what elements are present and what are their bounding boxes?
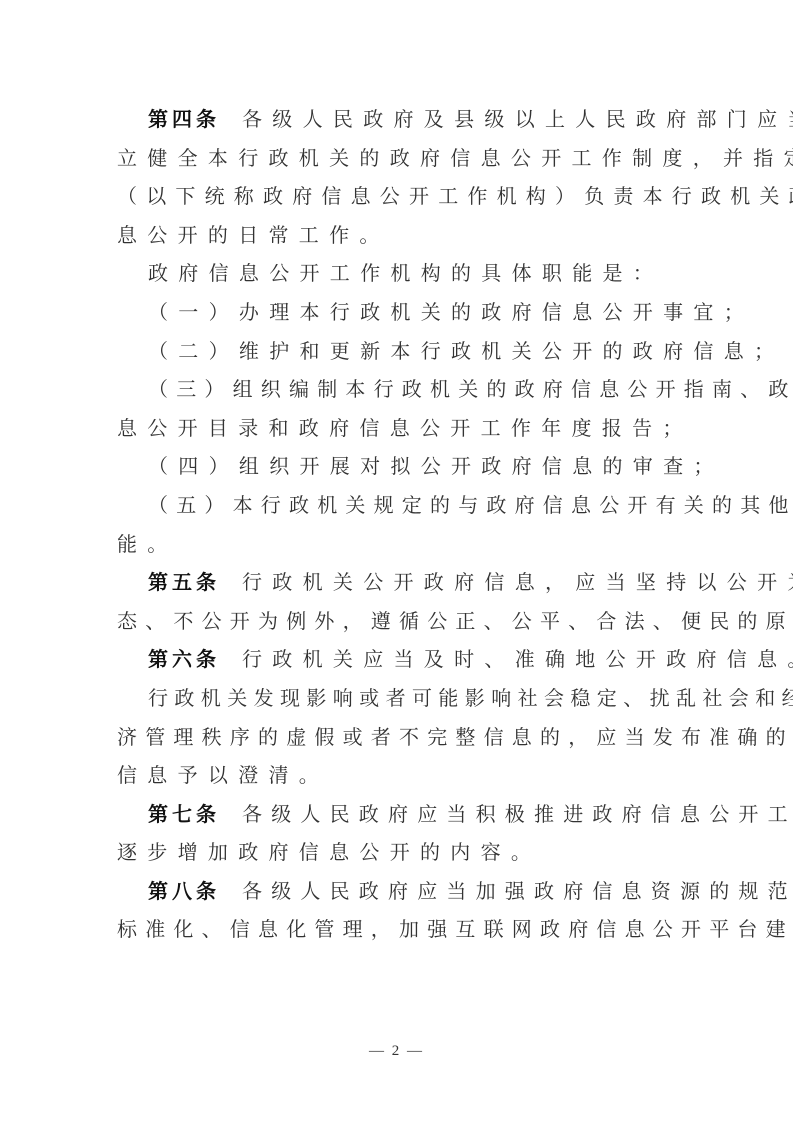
line-text: 标准化、信息化管理，加强互联网政府信息公开平台建设， bbox=[117, 917, 793, 941]
line-text: 态、不公开为例外，遵循公正、公平、合法、便民的原则。 bbox=[117, 609, 793, 633]
article-8-line-2: 标准化、信息化管理，加强互联网政府信息公开平台建设， bbox=[117, 910, 677, 949]
duty-item-1: （一）办理本行政机关的政府信息公开事宜； bbox=[117, 293, 677, 332]
line-text: 信息予以澄清。 bbox=[117, 763, 329, 787]
duty-item-5-line-2: 能。 bbox=[117, 525, 677, 564]
page-number: — 2 — bbox=[0, 1043, 793, 1060]
line-text: 行政机关应当及时、准确地公开政府信息。 bbox=[242, 647, 793, 671]
line-text: 各级人民政府应当积极推进政府信息公开工作， bbox=[242, 802, 793, 826]
duty-item-2: （二）维护和更新本行政机关公开的政府信息； bbox=[117, 332, 677, 371]
article-7-line-1: 第七条各级人民政府应当积极推进政府信息公开工作， bbox=[117, 795, 677, 834]
line-text: （四）组织开展对拟公开政府信息的审查； bbox=[148, 454, 724, 478]
line-text: 各级人民政府应当加强政府信息资源的规范化、 bbox=[242, 879, 793, 903]
line-text: 逐步增加政府信息公开的内容。 bbox=[117, 840, 541, 864]
article-4-line-2: 立健全本行政机关的政府信息公开工作制度，并指定机构 bbox=[117, 139, 677, 178]
duty-item-5-line-1: （五）本行政机关规定的与政府信息公开有关的其他职 bbox=[117, 486, 677, 525]
line-text: （三）组织编制本行政机关的政府信息公开指南、政府信 bbox=[148, 377, 793, 401]
article-6-para-2-line-1: 行政机关发现影响或者可能影响社会稳定、扰乱社会和经 bbox=[117, 679, 677, 718]
duty-item-3-line-1: （三）组织编制本行政机关的政府信息公开指南、政府信 bbox=[117, 370, 677, 409]
article-7-line-2: 逐步增加政府信息公开的内容。 bbox=[117, 833, 677, 872]
line-text: 息公开目录和政府信息公开工作年度报告； bbox=[117, 416, 693, 440]
line-text: 各级人民政府及县级以上人民政府部门应当建 bbox=[242, 107, 793, 131]
article-number: 第四条 bbox=[148, 107, 220, 131]
article-6-para-2-line-2: 济管理秩序的虚假或者不完整信息的，应当发布准确的政府 bbox=[117, 718, 677, 757]
article-8-line-1: 第八条各级人民政府应当加强政府信息资源的规范化、 bbox=[117, 872, 677, 911]
line-text: （五）本行政机关规定的与政府信息公开有关的其他职 bbox=[148, 493, 793, 517]
article-4-line-1: 第四条各级人民政府及县级以上人民政府部门应当建 bbox=[117, 100, 677, 139]
article-4-line-4: 息公开的日常工作。 bbox=[117, 216, 677, 255]
article-number: 第六条 bbox=[148, 647, 220, 671]
article-number: 第七条 bbox=[148, 802, 220, 826]
article-5-line-2: 态、不公开为例外，遵循公正、公平、合法、便民的原则。 bbox=[117, 602, 677, 641]
line-text: 立健全本行政机关的政府信息公开工作制度，并指定机构 bbox=[117, 146, 793, 170]
line-text: （一）办理本行政机关的政府信息公开事宜； bbox=[148, 300, 754, 324]
article-4-line-3: （以下统称政府信息公开工作机构）负责本行政机关政府信 bbox=[117, 177, 677, 216]
article-6-line-1: 第六条行政机关应当及时、准确地公开政府信息。 bbox=[117, 640, 677, 679]
article-5-line-1: 第五条行政机关公开政府信息，应当坚持以公开为常 bbox=[117, 563, 677, 602]
line-text: 济管理秩序的虚假或者不完整信息的，应当发布准确的政府 bbox=[117, 725, 793, 749]
document-page: 第四条各级人民政府及县级以上人民政府部门应当建 立健全本行政机关的政府信息公开工… bbox=[0, 0, 793, 1122]
line-text: （二）维护和更新本行政机关公开的政府信息； bbox=[148, 339, 784, 363]
line-text: 政府信息公开工作机构的具体职能是： bbox=[148, 261, 663, 285]
article-6-para-2-line-3: 信息予以澄清。 bbox=[117, 756, 677, 795]
line-text: 行政机关公开政府信息，应当坚持以公开为常 bbox=[242, 570, 793, 594]
line-text: 行政机关发现影响或者可能影响社会稳定、扰乱社会和经 bbox=[148, 686, 793, 710]
duty-item-3-line-2: 息公开目录和政府信息公开工作年度报告； bbox=[117, 409, 677, 448]
document-body: 第四条各级人民政府及县级以上人民政府部门应当建 立健全本行政机关的政府信息公开工… bbox=[117, 100, 677, 949]
line-text: 能。 bbox=[117, 532, 178, 556]
duties-intro: 政府信息公开工作机构的具体职能是： bbox=[117, 254, 677, 293]
article-number: 第五条 bbox=[148, 570, 220, 594]
line-text: （以下统称政府信息公开工作机构）负责本行政机关政府信 bbox=[117, 184, 793, 208]
duty-item-4: （四）组织开展对拟公开政府信息的审查； bbox=[117, 447, 677, 486]
line-text: 息公开的日常工作。 bbox=[117, 223, 390, 247]
article-number: 第八条 bbox=[148, 879, 220, 903]
